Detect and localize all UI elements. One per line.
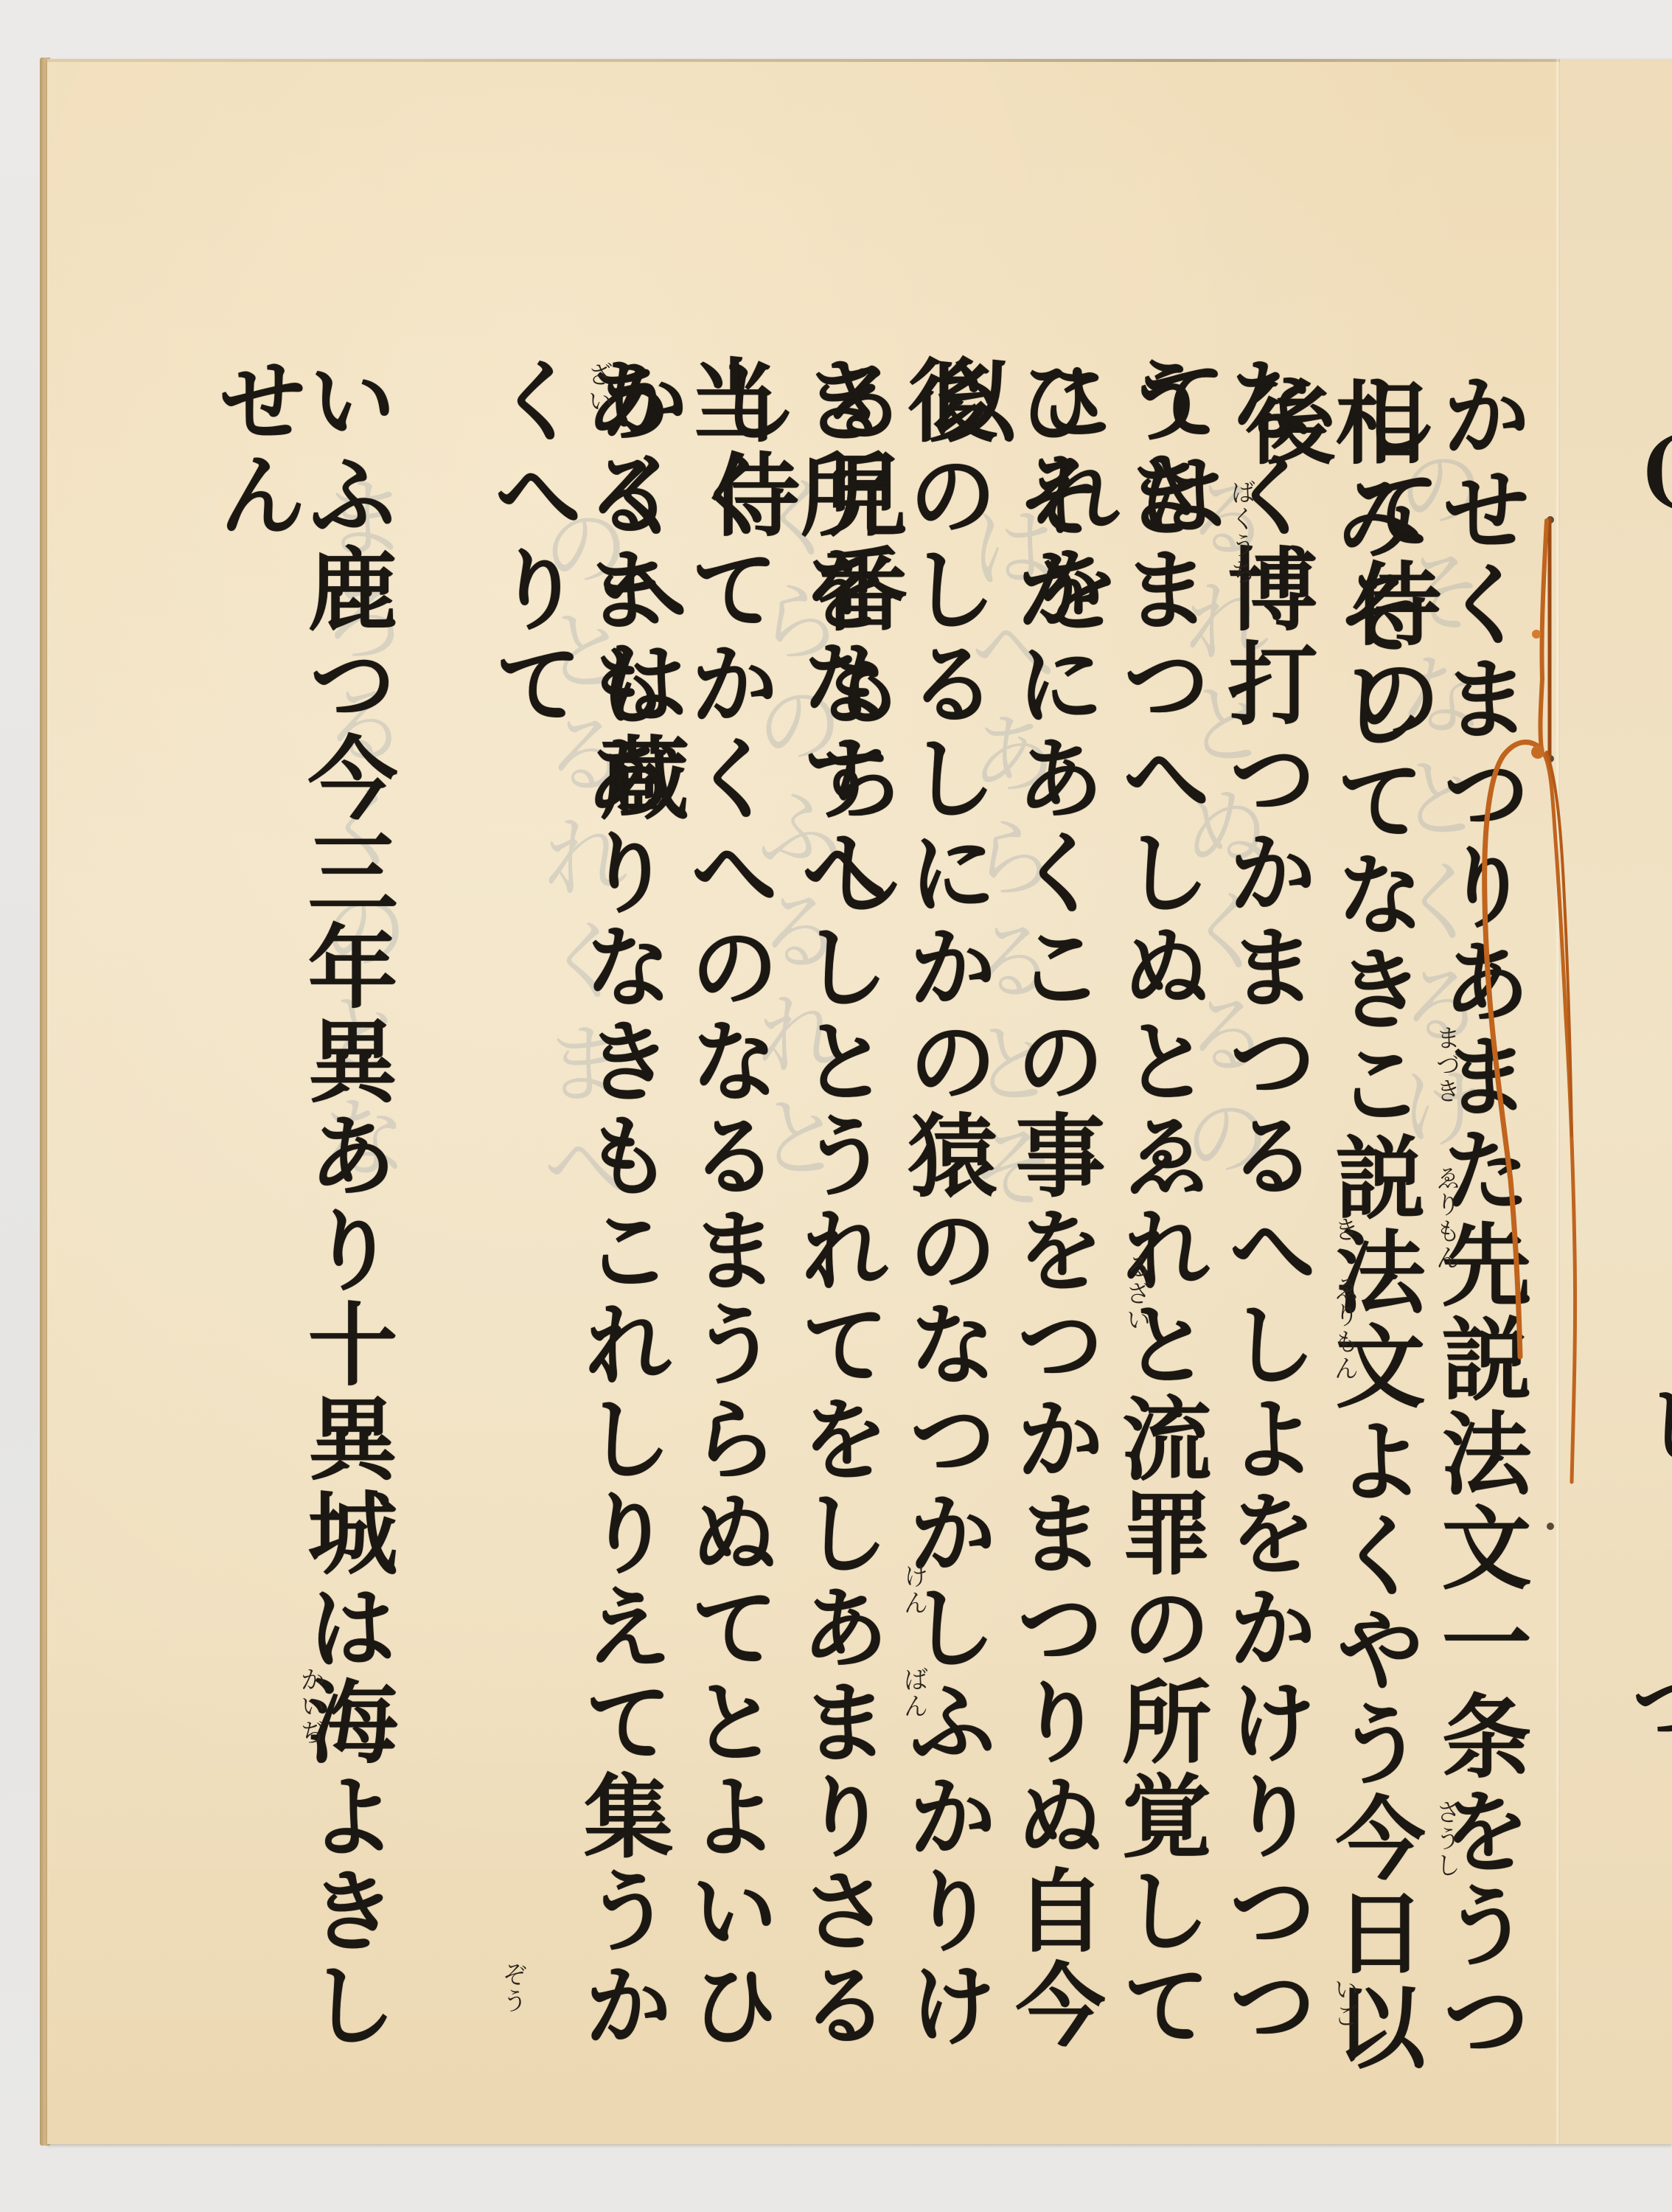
- page-fold-seam: [1556, 59, 1560, 2144]
- text-column-10: いふ鹿つ今三年異あり十異城は海よきしせん: [211, 354, 391, 2065]
- furigana: ぞう: [500, 1961, 525, 2035]
- furigana: き: [1331, 1217, 1356, 1261]
- furigana: るざい: [1124, 1253, 1149, 1401]
- binding-hole: [1547, 1523, 1554, 1530]
- furigana: ゑりもん: [1331, 1276, 1356, 1438]
- next-page-char: し: [1643, 1386, 1672, 1467]
- binding-hole: [1547, 755, 1554, 762]
- adjoining-page-strip: [1560, 59, 1672, 2144]
- next-page-char: つ: [1632, 1666, 1672, 1747]
- furigana: いご: [1331, 1976, 1356, 2079]
- text-column-9: あるまもありなきもこれしりえて集うかくへりて: [487, 354, 666, 2065]
- furigana: さうし: [1433, 1799, 1458, 1961]
- manuscript-page: のそなとくるけ るれとぬくるの はへあらるとそ くらのふるれと のとるれくまへ …: [47, 59, 1672, 2144]
- furigana: けん: [901, 1563, 926, 1652]
- furigana: ゑりもん: [1433, 1165, 1458, 1401]
- furigana: ざい: [585, 361, 610, 435]
- furigana: ばくうち: [1228, 479, 1253, 612]
- furigana: かいぢ: [298, 1666, 323, 1799]
- next-page-char: ヽ: [1645, 907, 1672, 988]
- page-top-edge: [47, 59, 1672, 62]
- binding-hole: [1547, 516, 1554, 524]
- next-page-char: (: [1640, 428, 1672, 509]
- furigana: ばん: [901, 1666, 926, 1755]
